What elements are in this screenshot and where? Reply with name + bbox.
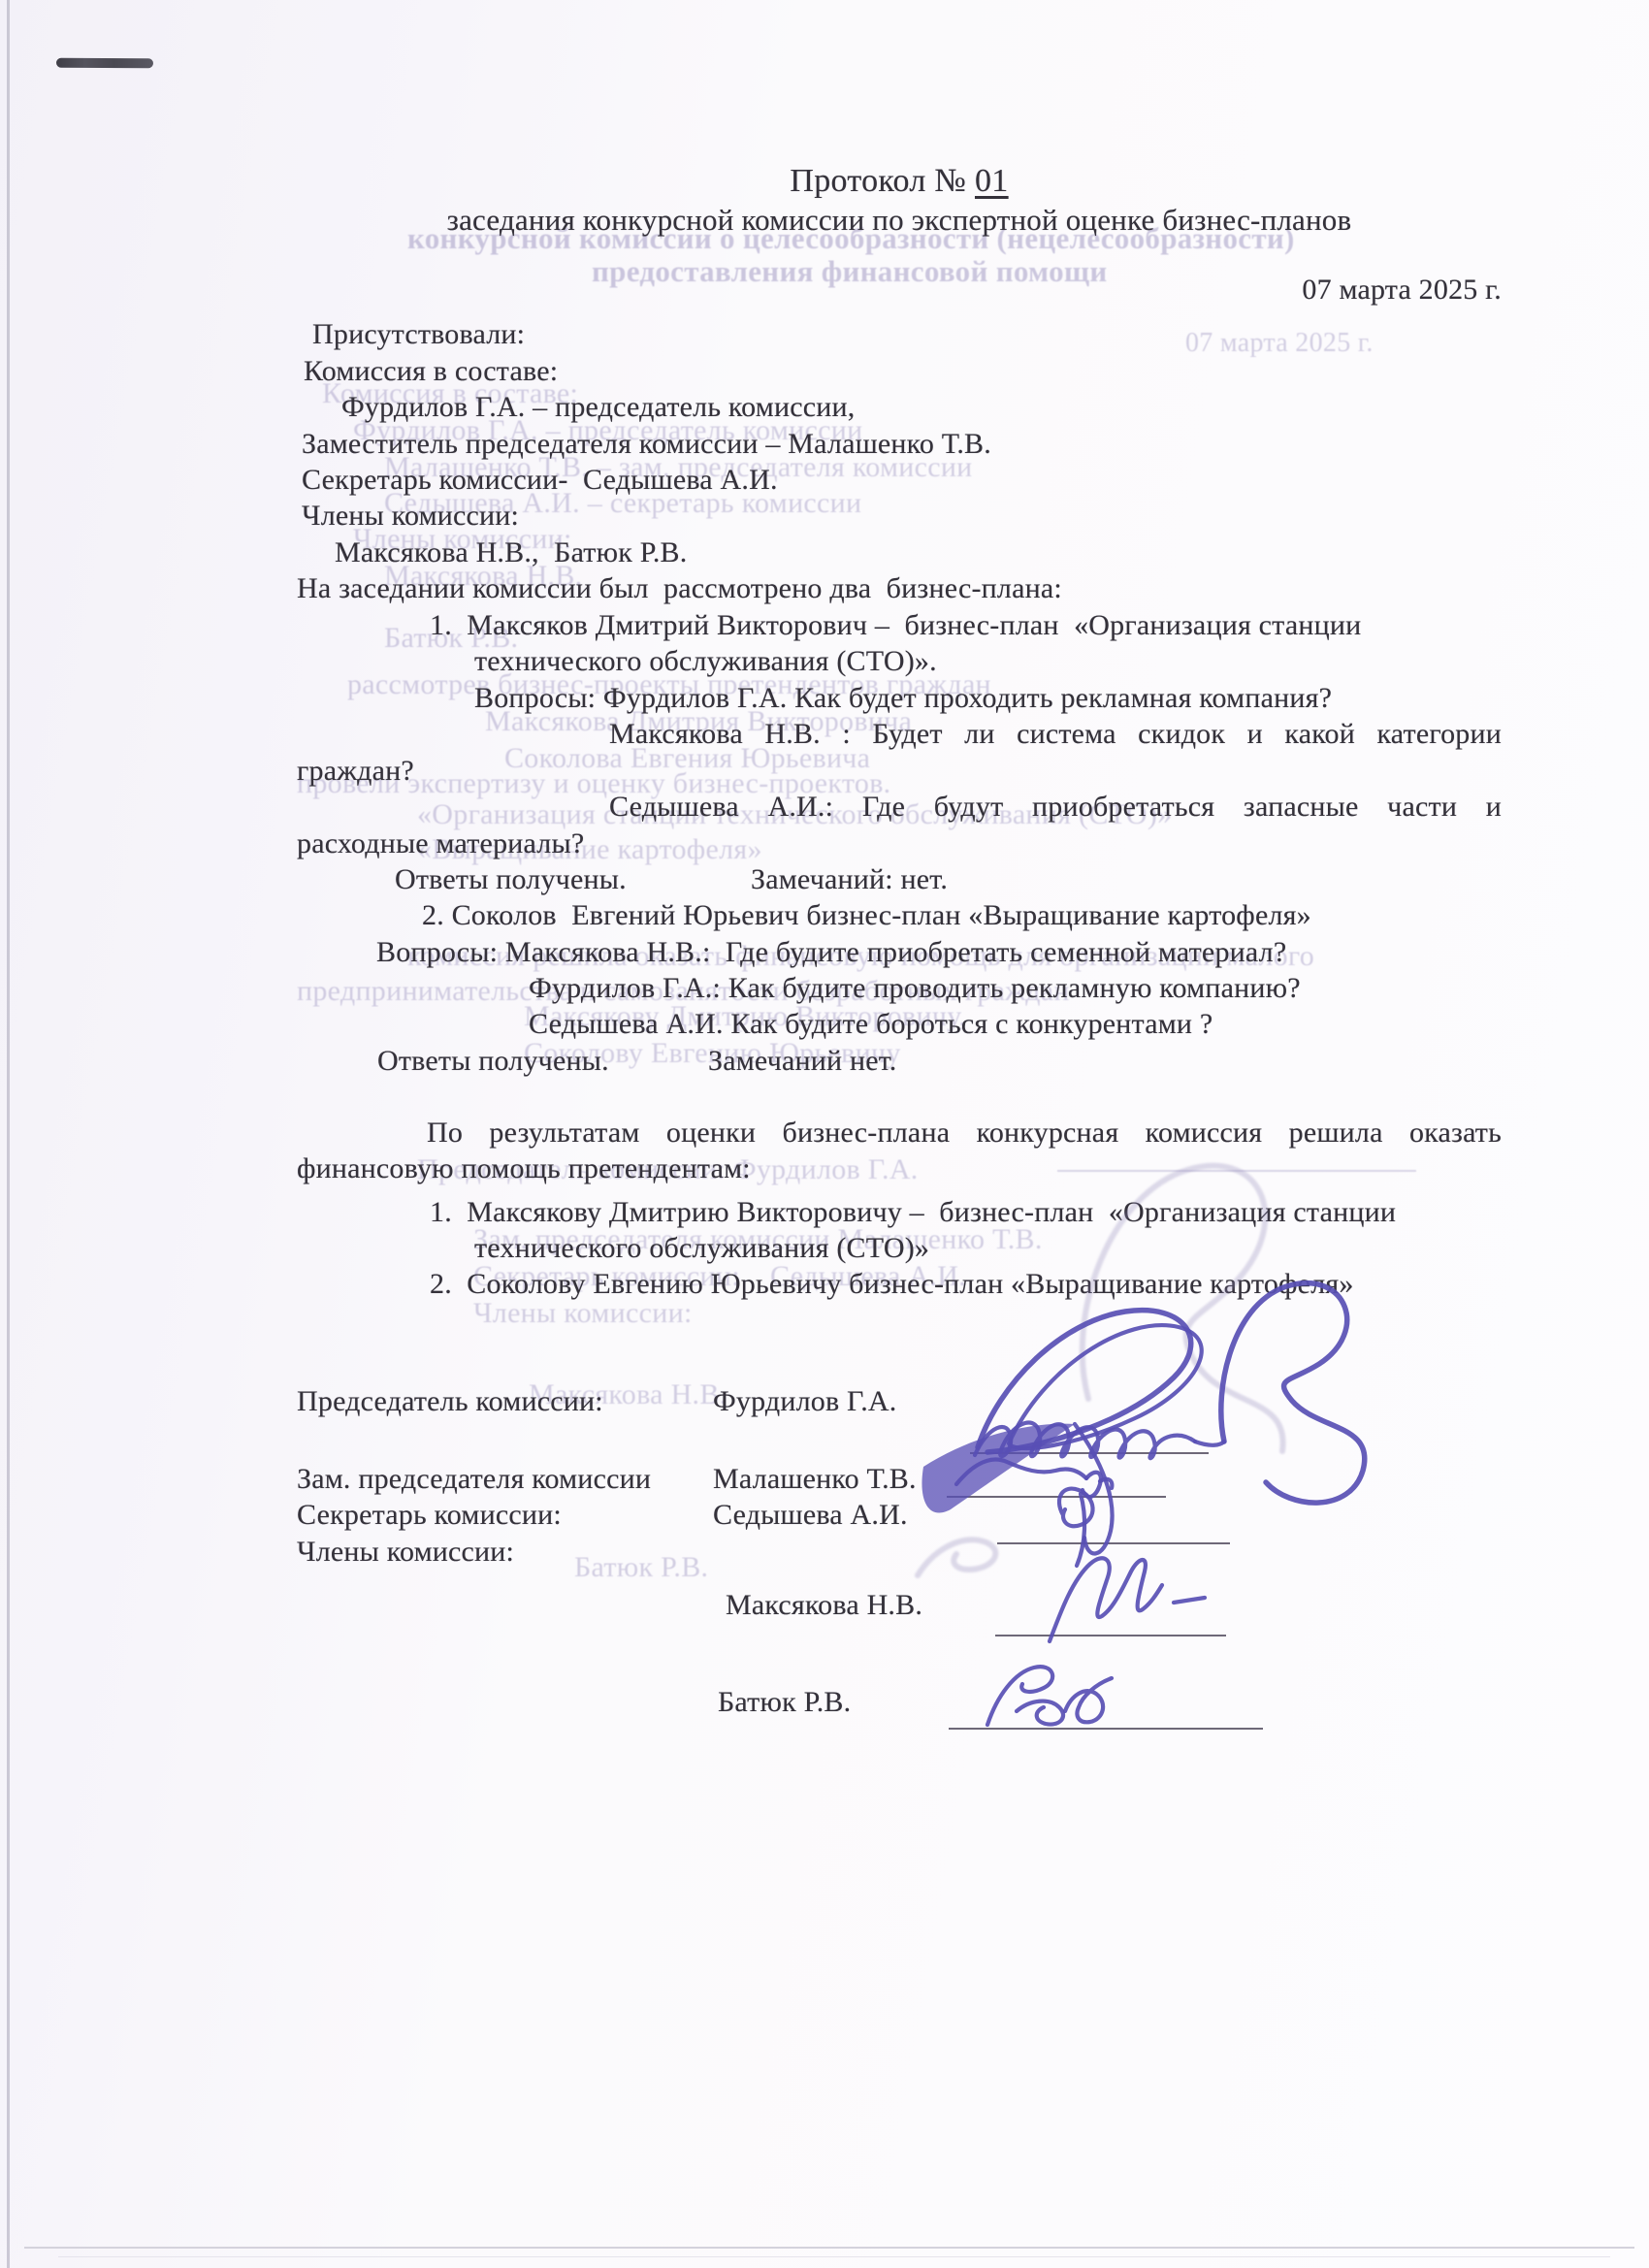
signatures-overlay [0,0,1649,2268]
furdilov-signature [921,1283,1364,1554]
sedysheva-signature [1059,1489,1093,1566]
scanned-protocol-page: Протокол № 01 заседания конкурсной комис… [0,0,1649,2268]
maksyakova-signature [1050,1558,1205,1641]
ghost-signature-small [918,1539,995,1575]
batyuk-signature [987,1667,1112,1725]
